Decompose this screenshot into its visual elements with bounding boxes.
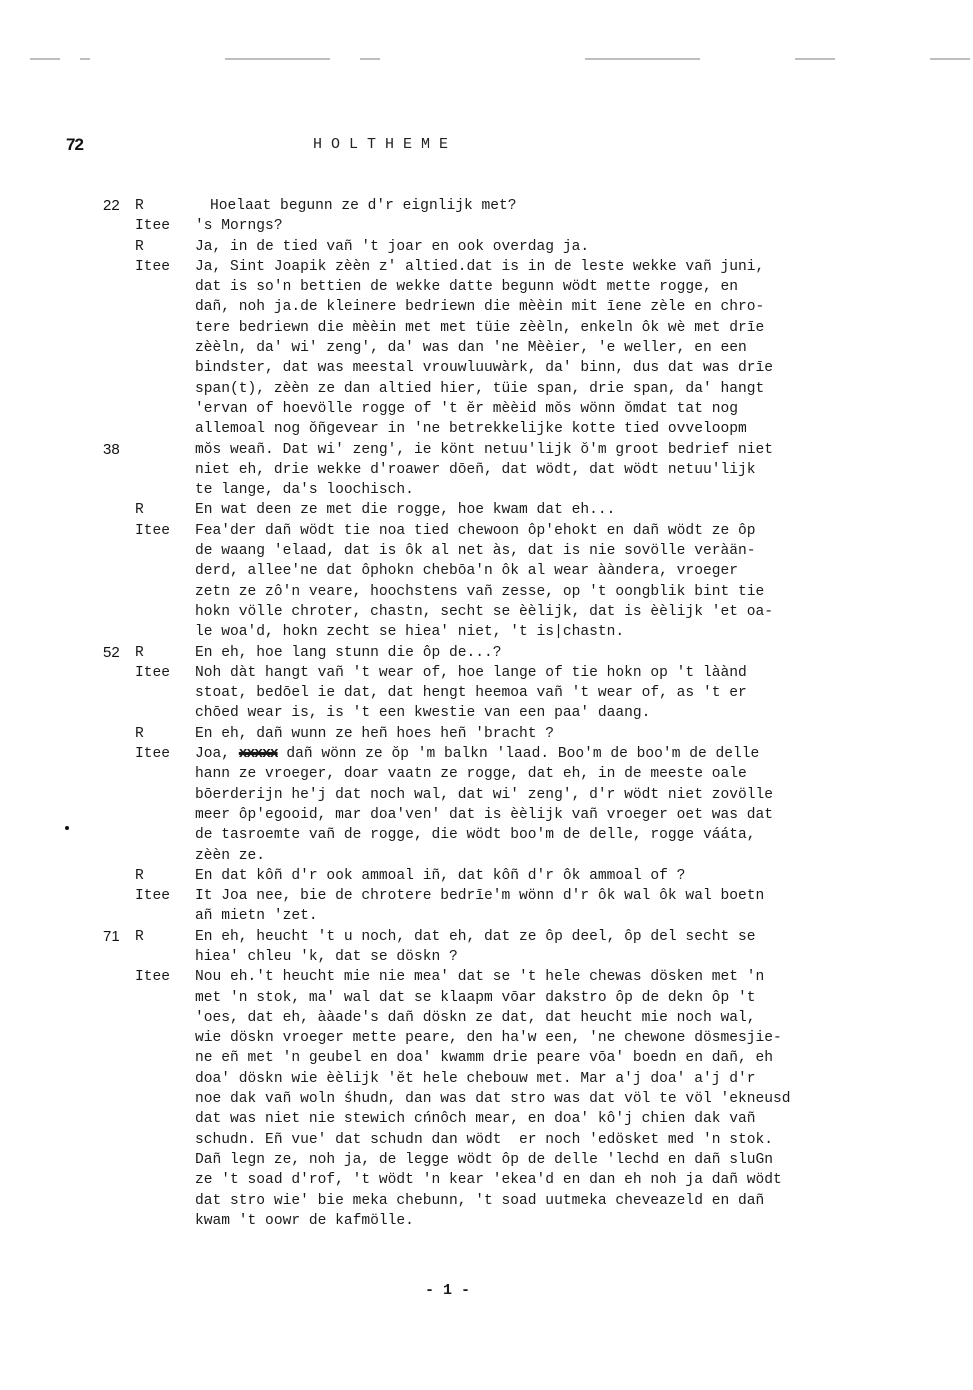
speaker-label: R: [135, 724, 144, 744]
utterance-text: derd, allee'ne dat ôphokn chebōa'n ôk al…: [195, 561, 738, 581]
utterance-text: dañ, noh ja.de kleinere bedriewn die mèè…: [195, 297, 764, 317]
transcript-line: REn wat deen ze met die rogge, hoe kwam …: [0, 500, 973, 520]
transcript-line: IteeJoa, xxxxx dañ wönn ze ŏp 'm balkn '…: [0, 744, 973, 764]
transcript-line: schudn. Eñ vue' dat schudn dan wödt er n…: [0, 1130, 973, 1150]
transcript-turn: IteeJoa, xxxxx dañ wönn ze ŏp 'm balkn '…: [0, 744, 973, 866]
transcript-turn: REn wat deen ze met die rogge, hoe kwam …: [0, 500, 973, 520]
transcript-line: Itee's Morngs?: [0, 216, 973, 236]
line-number: 52: [103, 643, 120, 663]
utterance-text: Ja, in de tied vañ 't joar en ook overda…: [195, 237, 589, 257]
transcript-line: te lange, da's loochisch.: [0, 480, 973, 500]
transcript-line: meer ôp'egooid, mar doa'ven' dat is èèli…: [0, 805, 973, 825]
transcript-line: derd, allee'ne dat ôphokn chebōa'n ôk al…: [0, 561, 973, 581]
speaker-label: Itee: [135, 257, 170, 277]
transcript-line: 71REn eh, heucht 't u noch, dat eh, dat …: [0, 927, 973, 947]
utterance-text: meer ôp'egooid, mar doa'ven' dat is èèli…: [195, 805, 773, 825]
speaker-label: R: [135, 927, 144, 947]
utterance-text: schudn. Eñ vue' dat schudn dan wödt er n…: [195, 1130, 773, 1150]
transcript-line: 52REn eh, hoe lang stunn die ôp de...?: [0, 643, 973, 663]
transcript-line: dat stro wie' bie meka chebunn, 't soad …: [0, 1191, 973, 1211]
utterance-text: Hoelaat begunn ze d'r eignlijk met?: [210, 196, 517, 216]
utterance-text: bōerderijn he'j dat noch wal, dat wi' ze…: [195, 785, 773, 805]
speaker-label: R: [135, 196, 144, 216]
transcript-line: hann ze vroeger, doar vaatn ze rogge, da…: [0, 764, 973, 784]
utterance-text: stoat, bedōel ie dat, dat hengt heemoa v…: [195, 683, 747, 703]
transcript-line: de tasroemte vañ de rogge, die wödt boo'…: [0, 825, 973, 845]
utterance-text: zèèn ze.: [195, 846, 265, 866]
transcript-turn: IteeFea'der dañ wödt tie noa tied chewoo…: [0, 521, 973, 643]
transcript-line: dat was niet nie stewich cńnôch mear, en…: [0, 1109, 973, 1129]
utterance-text: zèèln, da' wi' zeng', da' was dan 'ne Mè…: [195, 338, 747, 358]
margin-dot: [65, 826, 69, 830]
transcript-line: dañ, noh ja.de kleinere bedriewn die mèè…: [0, 297, 973, 317]
transcript-line: met 'n stok, ma' wal dat se klaapm vōar …: [0, 988, 973, 1008]
transcript-line: chōed wear is, is 't een kwestie van een…: [0, 703, 973, 723]
transcript-line: 'oes, dat eh, ààade's dañ döskn ze dat, …: [0, 1008, 973, 1028]
utterance-text: bindster, dat was meestal vrouwluuwàrk, …: [195, 358, 773, 378]
transcript-line: IteeNoh dàt hangt vañ 't wear of, hoe la…: [0, 663, 973, 683]
line-number: 22: [103, 196, 120, 216]
transcript-turn: Itee's Morngs?: [0, 216, 973, 236]
utterance-text: de tasroemte vañ de rogge, die wödt boo'…: [195, 825, 756, 845]
transcript: 22RHoelaat begunn ze d'r eignlijk met?It…: [0, 196, 973, 1231]
folio: - 1 -: [425, 1282, 470, 1299]
transcript-turn: RJa, in de tied vañ 't joar en ook overd…: [0, 237, 973, 257]
utterance-text: It Joa nee, bie de chrotere bedrīe'm wön…: [195, 886, 764, 906]
transcript-line: IteeNou eh.'t heucht mie nie mea' dat se…: [0, 967, 973, 987]
transcript-turn: REn dat kôñ d'r ook ammoal iñ, dat kôñ d…: [0, 866, 973, 886]
transcript-line: zèèln, da' wi' zeng', da' was dan 'ne Mè…: [0, 338, 973, 358]
transcript-line: hiea' chleu 'k, dat se döskn ?: [0, 947, 973, 967]
utterance-text: añ mietn 'zet.: [195, 906, 318, 926]
speaker-label: Itee: [135, 521, 170, 541]
speaker-label: Itee: [135, 886, 170, 906]
speaker-label: R: [135, 500, 144, 520]
utterance-text: hiea' chleu 'k, dat se döskn ?: [195, 947, 458, 967]
transcript-line: kwam 't oowr de kafmölle.: [0, 1211, 973, 1231]
utterance-text: 'ervan of hoevölle rogge of 't ĕr mèèid …: [195, 399, 738, 419]
line-number: 38: [103, 440, 120, 460]
transcript-line: 22RHoelaat begunn ze d'r eignlijk met?: [0, 196, 973, 216]
speaker-label: Itee: [135, 663, 170, 683]
struck-out-word: xxxxx: [239, 746, 278, 762]
utterance-text: allemoal nog ŏñgevear in 'ne betrekkelij…: [195, 419, 747, 439]
speaker-label: R: [135, 643, 144, 663]
utterance-text: 's Morngs?: [195, 216, 283, 236]
utterance-text: Nou eh.'t heucht mie nie mea' dat se 't …: [195, 967, 764, 987]
transcript-turn: IteeNoh dàt hangt vañ 't wear of, hoe la…: [0, 663, 973, 724]
utterance-text: hann ze vroeger, doar vaatn ze rogge, da…: [195, 764, 747, 784]
transcript-line: dat is so'n bettien de wekke datte begun…: [0, 277, 973, 297]
utterance-text: chōed wear is, is 't een kwestie van een…: [195, 703, 650, 723]
utterance-text: de waang 'elaad, dat is ôk al net às, da…: [195, 541, 756, 561]
transcript-line: añ mietn 'zet.: [0, 906, 973, 926]
utterance-text: Noh dàt hangt vañ 't wear of, hoe lange …: [195, 663, 747, 683]
utterance-text: doa' döskn wie èèlijk 'ĕt hele chebouw m…: [195, 1069, 756, 1089]
transcript-line: Dañ legn ze, noh ja, de legge wödt ôp de…: [0, 1150, 973, 1170]
utterance-text: zetn ze zô'n veare, hoochstens vañ zesse…: [195, 582, 764, 602]
utterance-text: ne eñ met 'n geubel en doa' kwamm drie p…: [195, 1048, 773, 1068]
transcript-line: wie döskn vroeger mette peare, den ha'w …: [0, 1028, 973, 1048]
transcript-line: doa' döskn wie èèlijk 'ĕt hele chebouw m…: [0, 1069, 973, 1089]
utterance-text: 'oes, dat eh, ààade's dañ döskn ze dat, …: [195, 1008, 756, 1028]
transcript-turn: 22RHoelaat begunn ze d'r eignlijk met?: [0, 196, 973, 216]
transcript-line: tere bedriewn die mèèin met met tüie zèè…: [0, 318, 973, 338]
transcript-turn: 52REn eh, hoe lang stunn die ôp de...?: [0, 643, 973, 663]
utterance-text: mŏs weañ. Dat wi' zeng', ie könt netuu'l…: [195, 440, 773, 460]
utterance-text: dat was niet nie stewich cńnôch mear, en…: [195, 1109, 756, 1129]
utterance-text: Joa, xxxxx dañ wönn ze ŏp 'm balkn 'laad…: [195, 744, 759, 764]
running-title: HOLTHEME: [313, 136, 457, 153]
transcript-line: niet eh, drie wekke d'roawer dōeñ, dat w…: [0, 460, 973, 480]
utterance-text: noe dak vañ woln śhudn, dan was dat stro…: [195, 1089, 791, 1109]
speaker-label: Itee: [135, 216, 170, 236]
utterance-text: En eh, hoe lang stunn die ôp de...?: [195, 643, 502, 663]
utterance-text: Dañ legn ze, noh ja, de legge wödt ôp de…: [195, 1150, 773, 1170]
transcript-line: ne eñ met 'n geubel en doa' kwamm drie p…: [0, 1048, 973, 1068]
transcript-turn: IteeIt Joa nee, bie de chrotere bedrīe'm…: [0, 886, 973, 927]
utterance-text: dat is so'n bettien de wekke datte begun…: [195, 277, 738, 297]
transcript-line: span(t), zèèn ze dan altied hier, tüie s…: [0, 379, 973, 399]
utterance-text: tere bedriewn die mèèin met met tüie zèè…: [195, 318, 764, 338]
utterance-text: ze 't soad d'rof, 't wödt 'n kear 'ekea'…: [195, 1170, 782, 1190]
utterance-text: niet eh, drie wekke d'roawer dōeñ, dat w…: [195, 460, 756, 480]
transcript-turn: 38mŏs weañ. Dat wi' zeng', ie könt netuu…: [0, 440, 973, 501]
transcript-line: 38mŏs weañ. Dat wi' zeng', ie könt netuu…: [0, 440, 973, 460]
transcript-line: noe dak vañ woln śhudn, dan was dat stro…: [0, 1089, 973, 1109]
speaker-label: R: [135, 866, 144, 886]
transcript-line: ze 't soad d'rof, 't wödt 'n kear 'ekea'…: [0, 1170, 973, 1190]
transcript-line: bōerderijn he'j dat noch wal, dat wi' ze…: [0, 785, 973, 805]
utterance-text: te lange, da's loochisch.: [195, 480, 414, 500]
utterance-text: span(t), zèèn ze dan altied hier, tüie s…: [195, 379, 764, 399]
utterance-text: le woa'd, hokn zecht se hiea' niet, 't i…: [195, 622, 624, 642]
utterance-text: En wat deen ze met die rogge, hoe kwam d…: [195, 500, 615, 520]
utterance-text: hokn völle chroter, chastn, secht se èèl…: [195, 602, 773, 622]
speaker-label: Itee: [135, 744, 170, 764]
utterance-text: Fea'der dañ wödt tie noa tied chewoon ôp…: [195, 521, 756, 541]
transcript-line: IteeJa, Sint Joapik zèèn z' altied.dat i…: [0, 257, 973, 277]
transcript-line: le woa'd, hokn zecht se hiea' niet, 't i…: [0, 622, 973, 642]
transcript-line: IteeFea'der dañ wödt tie noa tied chewoo…: [0, 521, 973, 541]
transcript-line: stoat, bedōel ie dat, dat hengt heemoa v…: [0, 683, 973, 703]
utterance-text: En eh, dañ wunn ze heñ hoes heñ 'bracht …: [195, 724, 554, 744]
page-number: 72: [66, 135, 83, 155]
utterance-text: met 'n stok, ma' wal dat se klaapm vōar …: [195, 988, 756, 1008]
line-number: 71: [103, 927, 120, 947]
utterance-text: En eh, heucht 't u noch, dat eh, dat ze …: [195, 927, 756, 947]
transcript-line: de waang 'elaad, dat is ôk al net às, da…: [0, 541, 973, 561]
transcript-line: zèèn ze.: [0, 846, 973, 866]
transcript-line: RJa, in de tied vañ 't joar en ook overd…: [0, 237, 973, 257]
scan-artifact-line: [0, 58, 973, 62]
transcript-line: allemoal nog ŏñgevear in 'ne betrekkelij…: [0, 419, 973, 439]
utterance-text: kwam 't oowr de kafmölle.: [195, 1211, 414, 1231]
transcript-turn: 71REn eh, heucht 't u noch, dat eh, dat …: [0, 927, 973, 968]
utterance-text: En dat kôñ d'r ook ammoal iñ, dat kôñ d'…: [195, 866, 685, 886]
transcript-line: REn dat kôñ d'r ook ammoal iñ, dat kôñ d…: [0, 866, 973, 886]
transcript-turn: IteeJa, Sint Joapik zèèn z' altied.dat i…: [0, 257, 973, 440]
transcript-line: hokn völle chroter, chastn, secht se èèl…: [0, 602, 973, 622]
transcript-line: 'ervan of hoevölle rogge of 't ĕr mèèid …: [0, 399, 973, 419]
transcript-line: REn eh, dañ wunn ze heñ hoes heñ 'bracht…: [0, 724, 973, 744]
speaker-label: R: [135, 237, 144, 257]
transcript-line: zetn ze zô'n veare, hoochstens vañ zesse…: [0, 582, 973, 602]
utterance-text: Ja, Sint Joapik zèèn z' altied.dat is in…: [195, 257, 764, 277]
utterance-text: dat stro wie' bie meka chebunn, 't soad …: [195, 1191, 764, 1211]
utterance-text: wie döskn vroeger mette peare, den ha'w …: [195, 1028, 782, 1048]
speaker-label: Itee: [135, 967, 170, 987]
transcript-line: bindster, dat was meestal vrouwluuwàrk, …: [0, 358, 973, 378]
transcript-line: IteeIt Joa nee, bie de chrotere bedrīe'm…: [0, 886, 973, 906]
transcript-turn: IteeNou eh.'t heucht mie nie mea' dat se…: [0, 967, 973, 1231]
transcript-turn: REn eh, dañ wunn ze heñ hoes heñ 'bracht…: [0, 724, 973, 744]
